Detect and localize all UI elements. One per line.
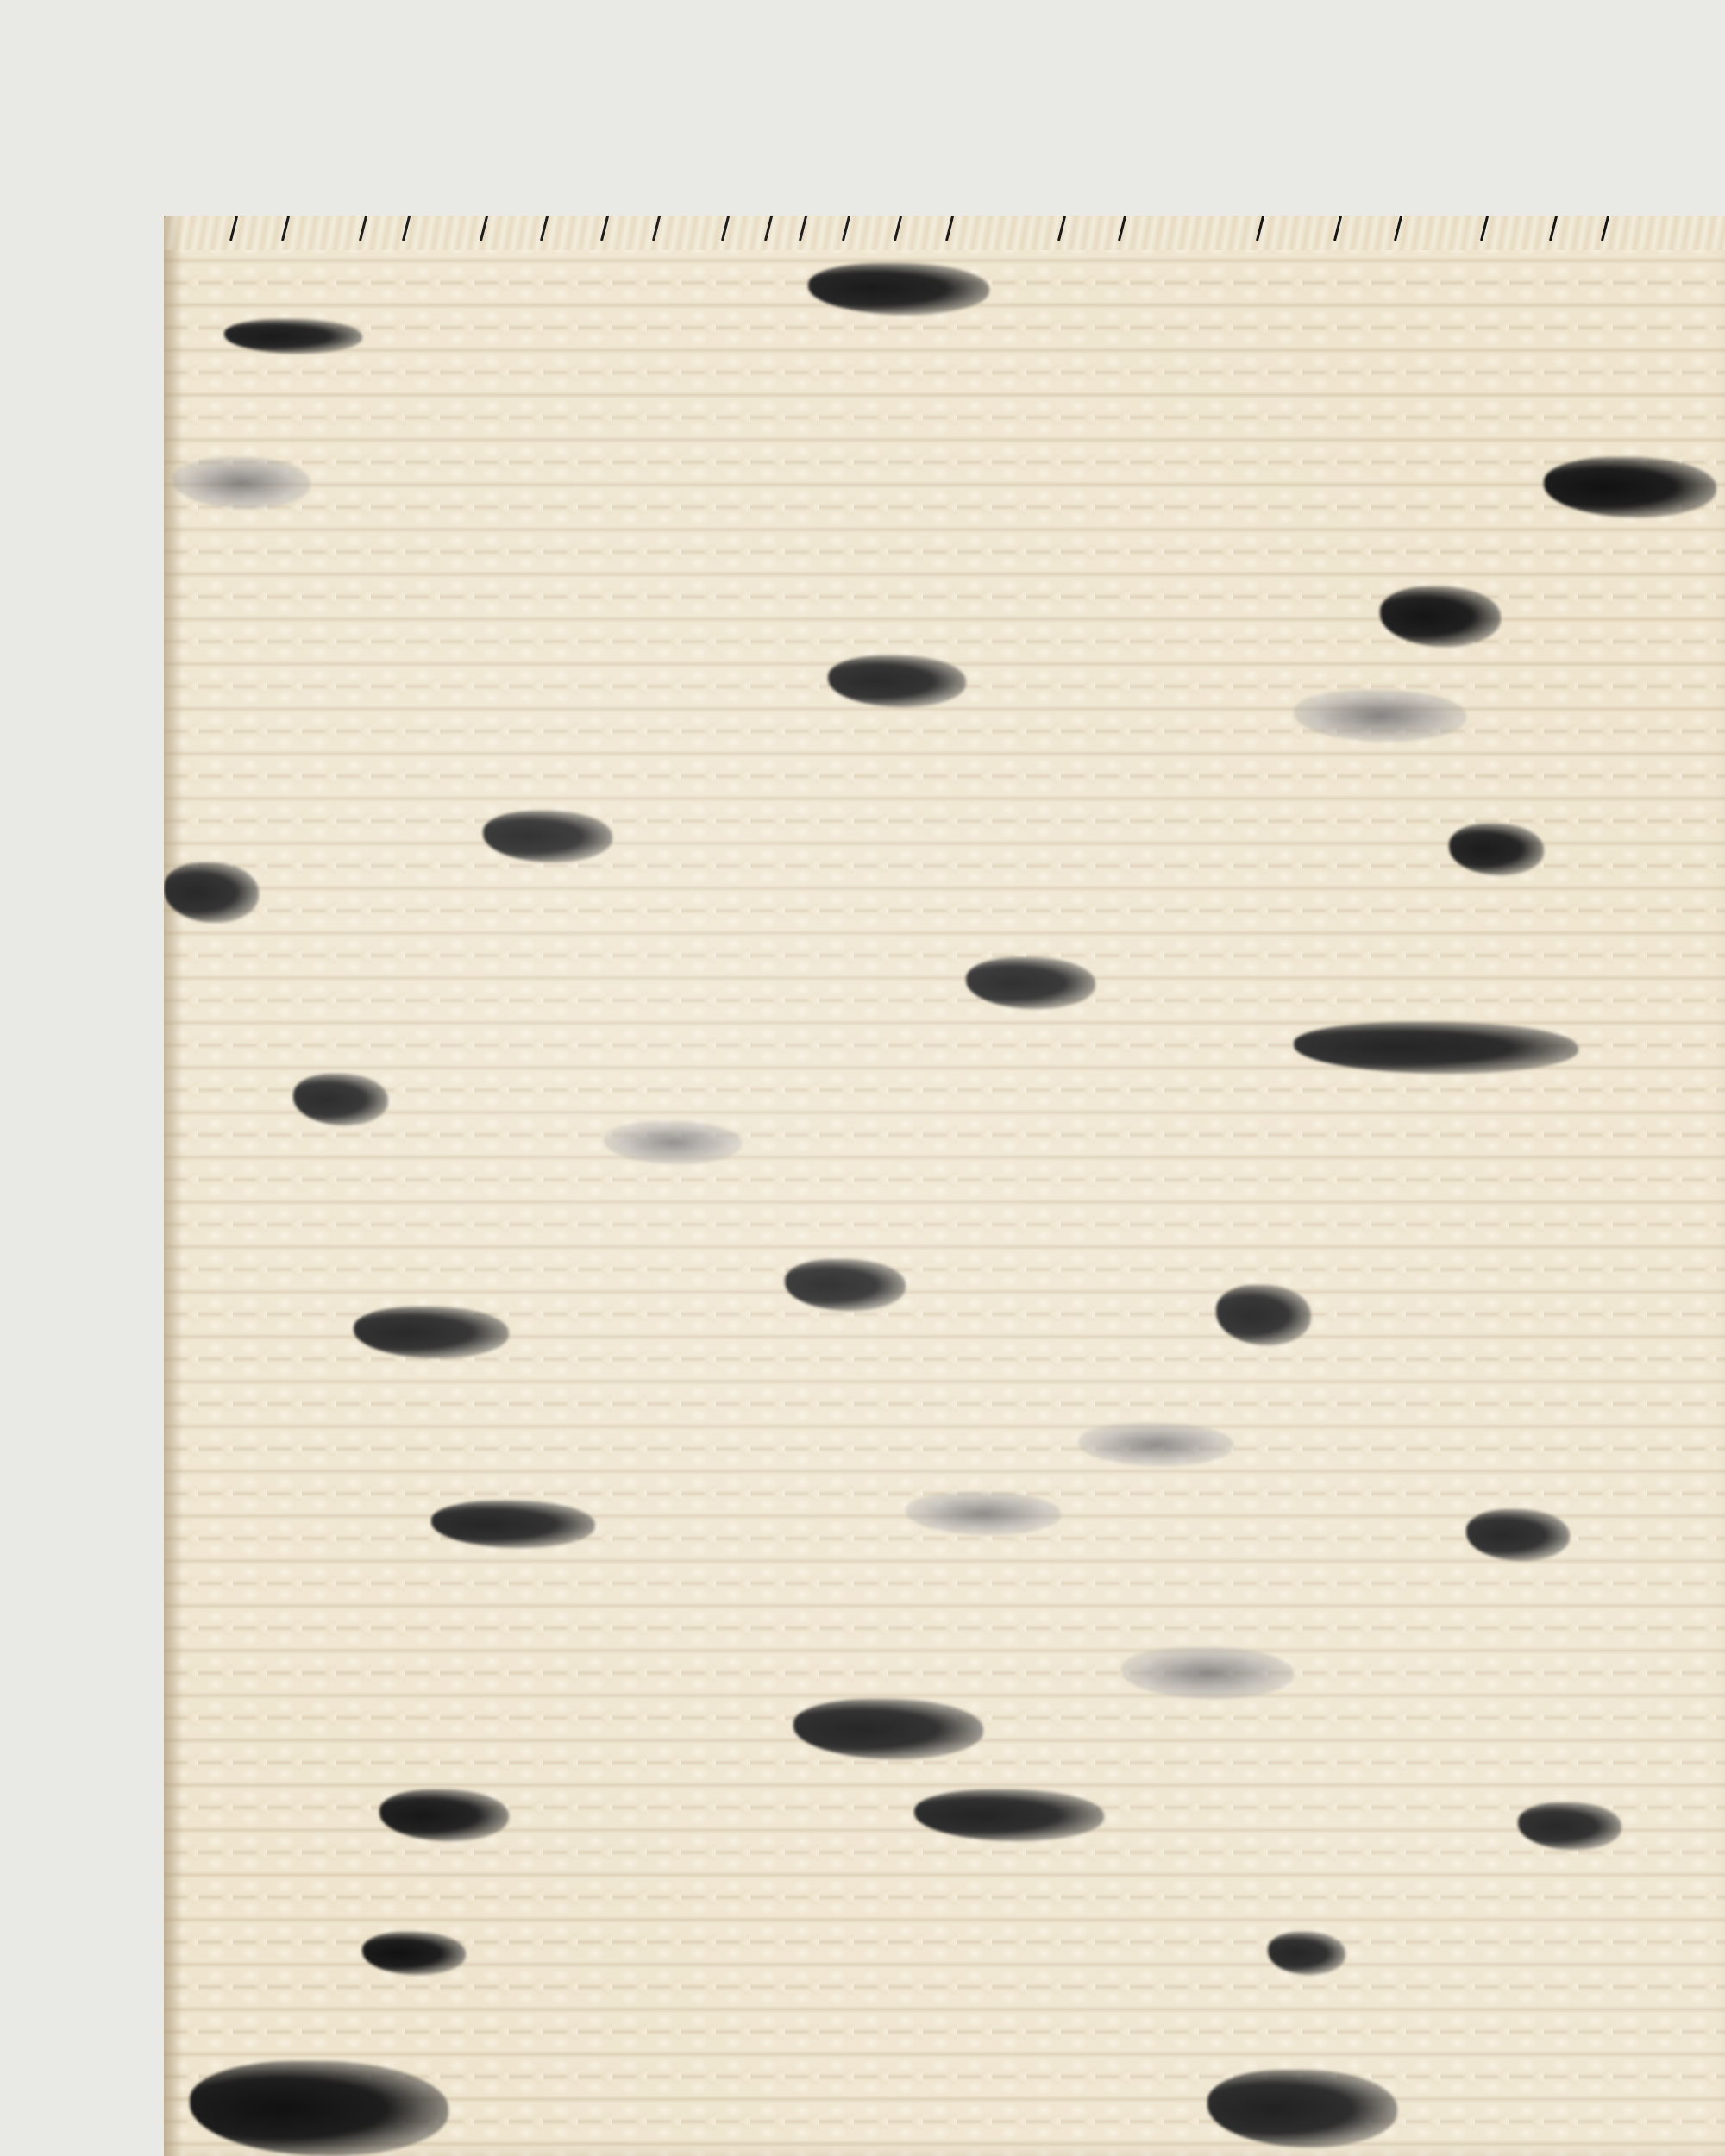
rug-left-edge: [164, 216, 183, 2156]
wool-speckle: [914, 1789, 1104, 1841]
wool-speckle: [1294, 1022, 1578, 1074]
wool-rug: [164, 216, 1725, 2156]
wool-speckle: [224, 319, 362, 354]
wool-speckle: [1078, 1423, 1233, 1466]
wool-speckle: [1544, 457, 1716, 517]
wool-speckle: [1466, 1509, 1570, 1561]
wool-speckle: [483, 811, 612, 862]
wool-speckle: [1294, 690, 1466, 742]
wool-speckle: [431, 1501, 595, 1548]
wool-speckle: [1380, 586, 1501, 647]
product-photo: [0, 0, 1725, 2156]
wool-speckle: [604, 1121, 742, 1164]
wool-speckle: [793, 1699, 983, 1759]
wool-speckle: [906, 1492, 1061, 1535]
wool-speckle: [362, 1932, 466, 1975]
wool-speckle: [1449, 824, 1544, 875]
wool-speckle: [828, 655, 966, 707]
wool-speckle: [1518, 1802, 1621, 1850]
wool-speckle: [1216, 1285, 1311, 1345]
wool-speckle: [1207, 2070, 1397, 2147]
wool-speckle: [172, 457, 310, 509]
wool-speckle: [379, 1789, 509, 1841]
wool-speckle: [966, 957, 1095, 1009]
wool-speckle: [808, 263, 989, 315]
wool-speckle: [293, 1074, 388, 1125]
wool-speckle: [1268, 1932, 1345, 1975]
wool-speckle: [785, 1259, 906, 1311]
wool-speckle: [1121, 1647, 1294, 1699]
wool-speckle: [190, 2061, 448, 2156]
wool-speckle: [354, 1307, 509, 1358]
rug-top-edge: [164, 216, 1725, 250]
